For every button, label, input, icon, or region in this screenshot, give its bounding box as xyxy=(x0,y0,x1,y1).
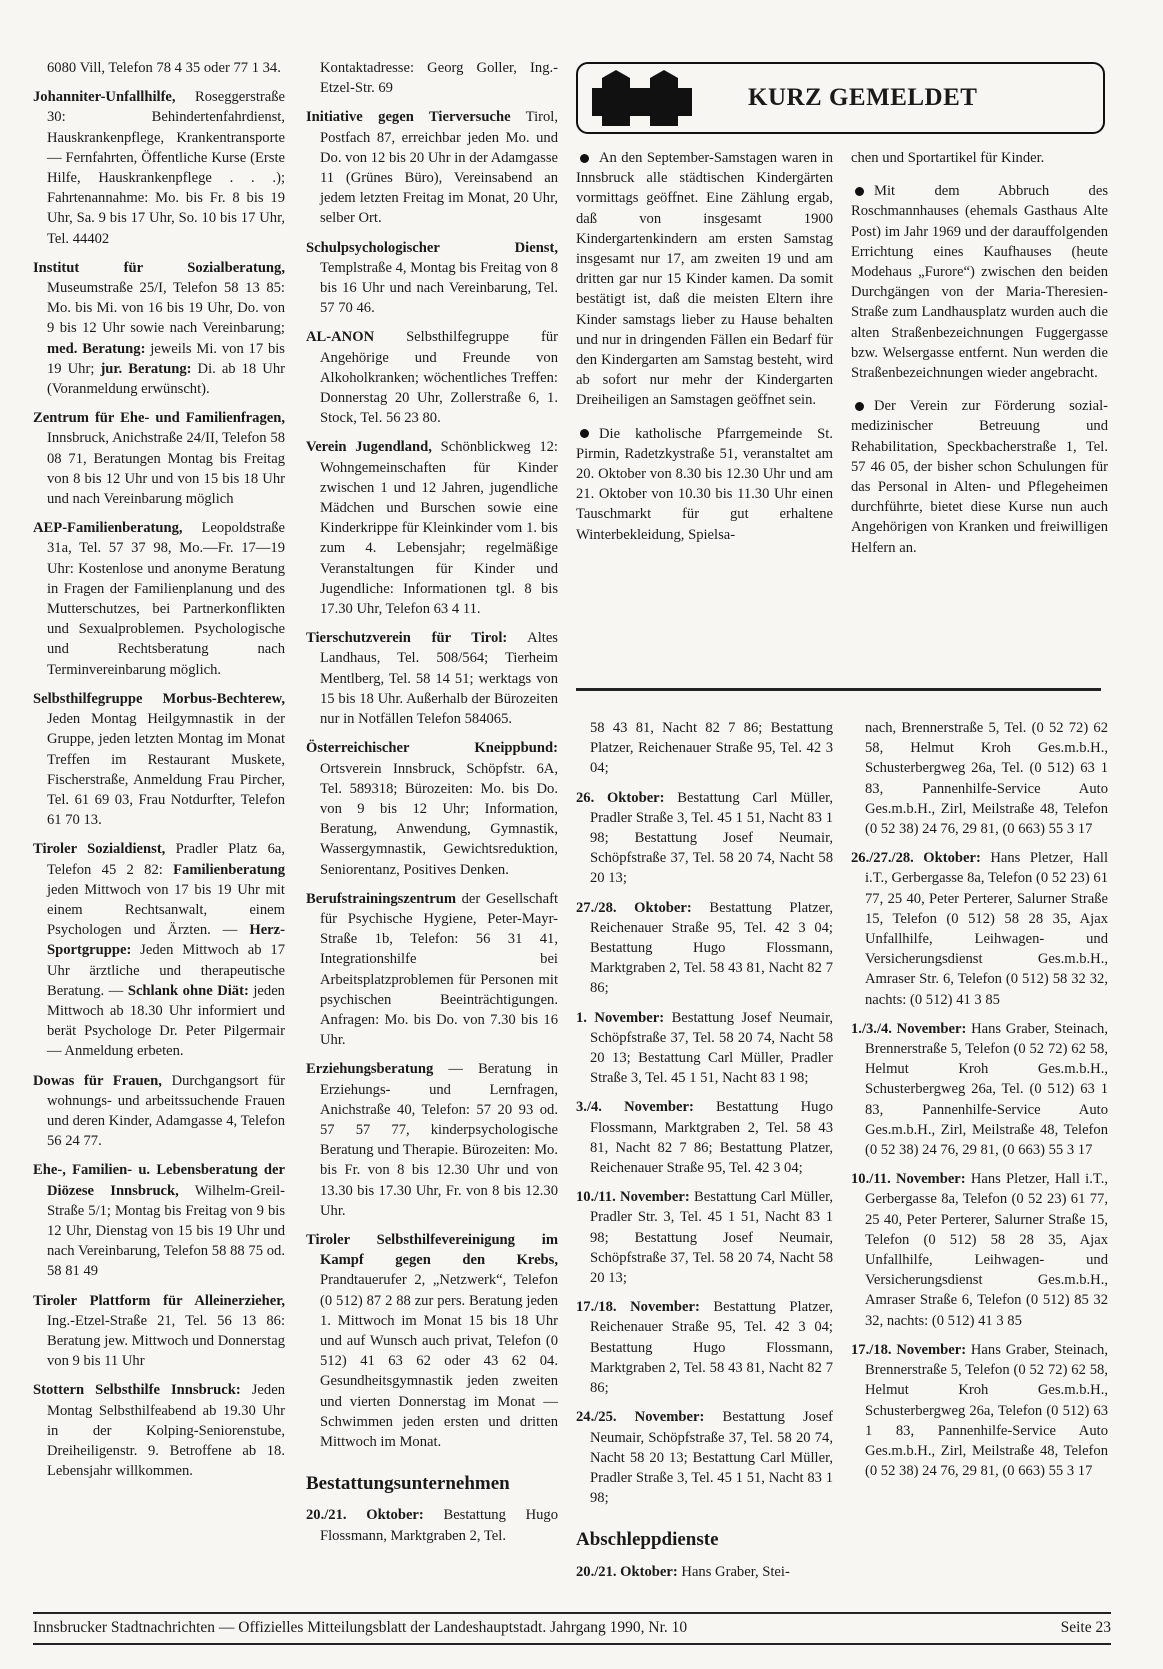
entry-lebensberatung: Ehe-, Familien- u. Lebensberatung der Di… xyxy=(33,1160,285,1281)
entry-17-18-nov: 17./18. November: Hans Graber, Steinach,… xyxy=(851,1340,1108,1481)
entry-3-4-nov: 3./4. November: Bestattung Hugo Flossman… xyxy=(576,1097,833,1178)
kurz-column-right: chen und Sportartikel für Kinder. Mit de… xyxy=(851,148,1108,571)
entry-morbus-bechterew: Selbsthilfegruppe Morbus-Bechterew, Jede… xyxy=(33,689,285,830)
column-2: Kontaktadresse: Georg Goller, Ing.-Etzel… xyxy=(306,58,558,1555)
section-heading-bestattung: Bestattungsunternehmen xyxy=(306,1474,558,1494)
column-abschlepp: nach, Brennerstraße 5, Tel. (0 52 72) 62… xyxy=(851,718,1108,1490)
kurz-gemeldet-banner: KURZ GEMELDET xyxy=(576,62,1105,134)
page-number: Seite 23 xyxy=(1061,1619,1111,1637)
houses-icon xyxy=(592,70,722,126)
entry-tiroler-sozialdienst: Tiroler Sozialdienst, Pradler Platz 6a, … xyxy=(33,839,285,1061)
column-bestattung: 58 43 81, Nacht 82 7 86; Bestattung Plat… xyxy=(576,718,833,1591)
kurz-column-left: An den September-Samstagen waren in Inns… xyxy=(576,148,833,558)
publication-info: Innsbrucker Stadtnachrichten — Offiziell… xyxy=(33,1619,687,1637)
section-heading-abschlepp: Abschleppdienste xyxy=(576,1530,833,1550)
entry-dowas: Dowas für Frauen, Durchgangsort für wohn… xyxy=(33,1071,285,1152)
news-item-tauschmarkt: Die katholische Pfarrgemeinde St. Pirmin… xyxy=(576,424,833,545)
entry-berufstraining: Berufstrainingszentrum der Gesellschaft … xyxy=(306,889,558,1051)
entry-24-25-nov: 24./25. November: Bestattung Josef Neuma… xyxy=(576,1407,833,1508)
entry-17-18-nov: 17./18. November: Bestattung Platzer, Re… xyxy=(576,1297,833,1398)
news-item-strassennamen: Mit dem Abbruch des Roschmannhauses (ehe… xyxy=(851,181,1108,383)
bullet-icon xyxy=(580,154,589,163)
entry-jugendland: Verein Jugendland, Schönblickweg 12: Woh… xyxy=(306,437,558,619)
lead-text: 6080 Vill, Telefon 78 4 35 oder 77 1 34. xyxy=(33,58,285,78)
entry-kneippbund: Österreichischer Kneippbund: Ortsverein … xyxy=(306,738,558,879)
lead-text: 58 43 81, Nacht 82 7 86; Bestattung Plat… xyxy=(576,718,833,779)
entry-institut-sozialberatung: Institut für Sozialberatung, Museumstraß… xyxy=(33,258,285,399)
entry-tierschutzverein: Tierschutzverein für Tirol: Altes Landha… xyxy=(306,628,558,729)
news-item-verein-foerderung: Der Verein zur Förderung sozial-medizini… xyxy=(851,396,1108,558)
entry-1-3-4-nov: 1./3./4. November: Hans Graber, Steinach… xyxy=(851,1019,1108,1160)
news-item-kindergarten: An den September-Samstagen waren in Inns… xyxy=(576,148,833,411)
entry-zentrum-ehe: Zentrum für Ehe- und Familienfragen, Inn… xyxy=(33,408,285,509)
section-divider xyxy=(576,688,1101,691)
entry-10-11-nov: 10./11. November: Hans Pletzer, Hall i.T… xyxy=(851,1169,1108,1331)
entry-tierversuche: Initiative gegen Tierversuche Tirol, Pos… xyxy=(306,107,558,228)
bullet-icon xyxy=(855,187,864,196)
entry-stottern: Stottern Selbsthilfe Innsbruck: Jeden Mo… xyxy=(33,1380,285,1481)
entry-erziehungsberatung: Erziehungsberatung — Beratung in Erziehu… xyxy=(306,1059,558,1221)
lead-text: Kontaktadresse: Georg Goller, Ing.-Etzel… xyxy=(306,58,558,98)
entry-al-anon: AL-ANON Selbsthilfegruppe für Angehörige… xyxy=(306,327,558,428)
column-1: 6080 Vill, Telefon 78 4 35 oder 77 1 34.… xyxy=(33,58,285,1490)
entry-bestattung-20-21: 20./21. Oktober: Bestattung Hugo Flossma… xyxy=(306,1505,558,1545)
banner-title: KURZ GEMELDET xyxy=(748,84,977,112)
entry-26-27-28-okt: 26./27./28. Oktober: Hans Pletzer, Hall … xyxy=(851,848,1108,1010)
footer-rule-top xyxy=(33,1612,1111,1614)
entry-alleinerzieher: Tiroler Plattform für Alleinerzieher, In… xyxy=(33,1291,285,1372)
entry-26-okt: 26. Oktober: Bestattung Carl Müller, Pra… xyxy=(576,788,833,889)
entry-krebs-selbsthilfe: Tiroler Selbsthilfevereinigung im Kampf … xyxy=(306,1230,558,1452)
entry-1-nov: 1. November: Bestattung Josef Neumair, S… xyxy=(576,1008,833,1089)
entry-27-28-okt: 27./28. Oktober: Bestattung Platzer, Rei… xyxy=(576,898,833,999)
bullet-icon xyxy=(580,429,589,438)
entry-10-11-nov: 10./11. November: Bestattung Carl Müller… xyxy=(576,1187,833,1288)
lead-text: nach, Brennerstraße 5, Tel. (0 52 72) 62… xyxy=(851,718,1108,839)
page-footer: Innsbrucker Stadtnachrichten — Offiziell… xyxy=(33,1619,1111,1637)
footer-rule-bottom xyxy=(33,1643,1111,1645)
entry-johanniter: Johanniter-Unfallhilfe, Roseggerstraße 3… xyxy=(33,87,285,249)
entry-aep: AEP-Familienberatung, Leopoldstraße 31a,… xyxy=(33,518,285,680)
bullet-icon xyxy=(855,402,864,411)
news-item-tauschmarkt-cont: chen und Sportartikel für Kinder. xyxy=(851,148,1108,168)
entry-abschlepp-20-21: 20./21. Oktober: Hans Graber, Stei- xyxy=(576,1562,833,1582)
entry-schulpsychologie: Schulpsychologischer Dienst, Templstraße… xyxy=(306,238,558,319)
